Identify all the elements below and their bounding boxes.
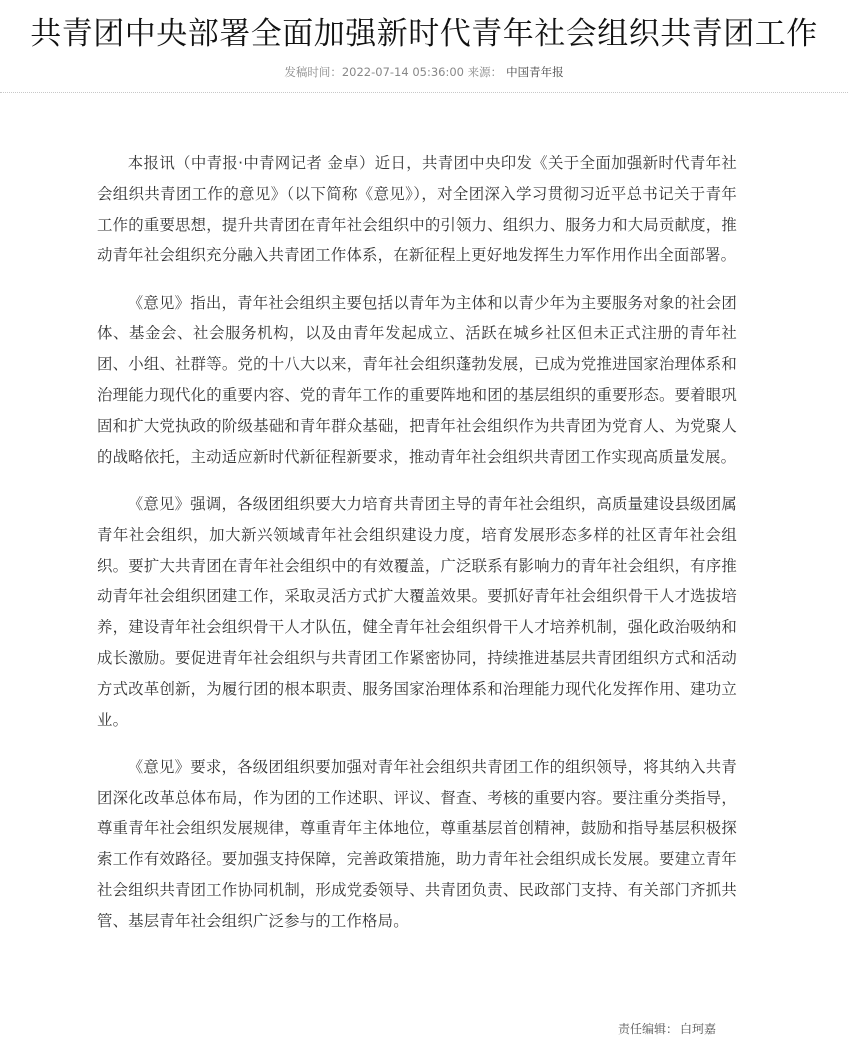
article-paragraph: 《意见》要求，各级团组织要加强对青年社会组织共青团工作的组织领导，将其纳入共青团…	[97, 752, 737, 937]
header-divider	[0, 92, 848, 93]
article-page: 共青团中央部署全面加强新时代青年社会组织共青团工作 发稿时间：2022-07-1…	[0, 0, 848, 1063]
editor-label: 责任编辑：	[618, 1022, 678, 1036]
publish-time: 2022-07-14 05:36:00	[342, 65, 464, 79]
source-label: 来源：	[468, 65, 503, 79]
article-title: 共青团中央部署全面加强新时代青年社会组织共青团工作	[0, 14, 848, 54]
article-paragraph: 《意见》强调，各级团组织要大力培育共青团主导的青年社会组织，高质量建设县级团属青…	[97, 489, 737, 735]
article-meta: 发稿时间：2022-07-14 05:36:00 来源：中国青年报	[0, 64, 848, 80]
article-paragraph: 本报讯（中青报·中青网记者 金卓）近日，共青团中央印发《关于全面加强新时代青年社…	[97, 148, 737, 271]
article-paragraph: 《意见》指出，青年社会组织主要包括以青年为主体和以青少年为主要服务对象的社会团体…	[97, 288, 737, 473]
publish-time-label: 发稿时间：	[284, 65, 342, 79]
editor-name: 白珂嘉	[680, 1022, 716, 1036]
article-body: 本报讯（中青报·中青网记者 金卓）近日，共青团中央印发《关于全面加强新时代青年社…	[97, 148, 737, 953]
responsible-editor: 责任编辑：白珂嘉	[618, 1020, 716, 1038]
source-value: 中国青年报	[506, 65, 564, 79]
